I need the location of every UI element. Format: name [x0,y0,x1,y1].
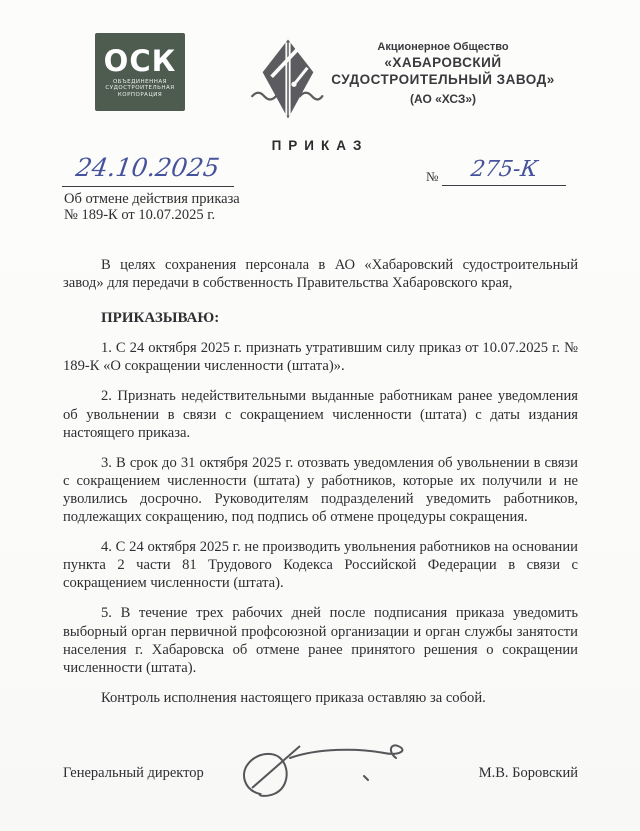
order-preamble: В целях сохранения персонала в АО «Хабар… [63,256,578,292]
order-subject-line2: № 189-К от 10.07.2025 г. [64,208,240,224]
order-number-handwritten: 275-К [469,155,540,185]
order-item-1: 1. С 24 октября 2025 г. признать утратив… [63,339,578,375]
company-line1: Акционерное Общество [323,40,563,54]
signer-position: Генеральный директор [63,765,204,782]
company-line2: «ХАБАРОВСКИЙ [323,54,563,71]
signature-scribble [238,736,424,800]
command-word: ПРИКАЗЫВАЮ: [63,309,578,327]
order-item-3: 3. В срок до 31 октября 2025 г. отозвать… [63,454,578,526]
signer-name: М.В. Боровский [479,765,578,782]
order-item-4: 4. С 24 октября 2025 г. не производить у… [63,538,578,592]
order-item-5: 5. В течение трех рабочих дней после под… [63,604,578,676]
document-title: ПРИКАЗ [0,138,640,153]
order-body: В целях сохранения персонала в АО «Хабар… [63,256,578,719]
osk-logo-text: ОСК [104,46,177,76]
company-abbr: (АО «ХСЗ») [323,91,563,108]
order-subject-line1: Об отмене действия приказа [64,192,240,208]
scanned-order-document: ОСК ОБЪЕДИНЕННАЯ СУДОСТРОИТЕЛЬНАЯ КОРПОР… [0,0,640,831]
osk-logo-subtext: ОБЪЕДИНЕННАЯ СУДОСТРОИТЕЛЬНАЯ КОРПОРАЦИЯ [105,79,174,99]
number-sign: № [426,169,438,186]
company-name-block: Акционерное Общество «ХАБАРОВСКИЙ СУДОСТ… [323,40,563,108]
osk-logo: ОСК ОБЪЕДИНЕННАЯ СУДОСТРОИТЕЛЬНАЯ КОРПОР… [95,33,185,111]
order-subject: Об отмене действия приказа № 189-К от 10… [64,192,240,223]
company-line3: СУДОСТРОИТЕЛЬНЫЙ ЗАВОД» [323,71,563,88]
order-item-2: 2. Признать недействительными выданные р… [63,387,578,441]
order-date-handwritten: 24.10.2025 [74,152,222,184]
control-line: Контроль исполнения настоящего приказа о… [63,689,578,707]
order-number-field: № 275-К [426,152,566,186]
shipyard-emblem-icon [250,38,326,120]
order-date-field: 24.10.2025 [62,152,234,187]
